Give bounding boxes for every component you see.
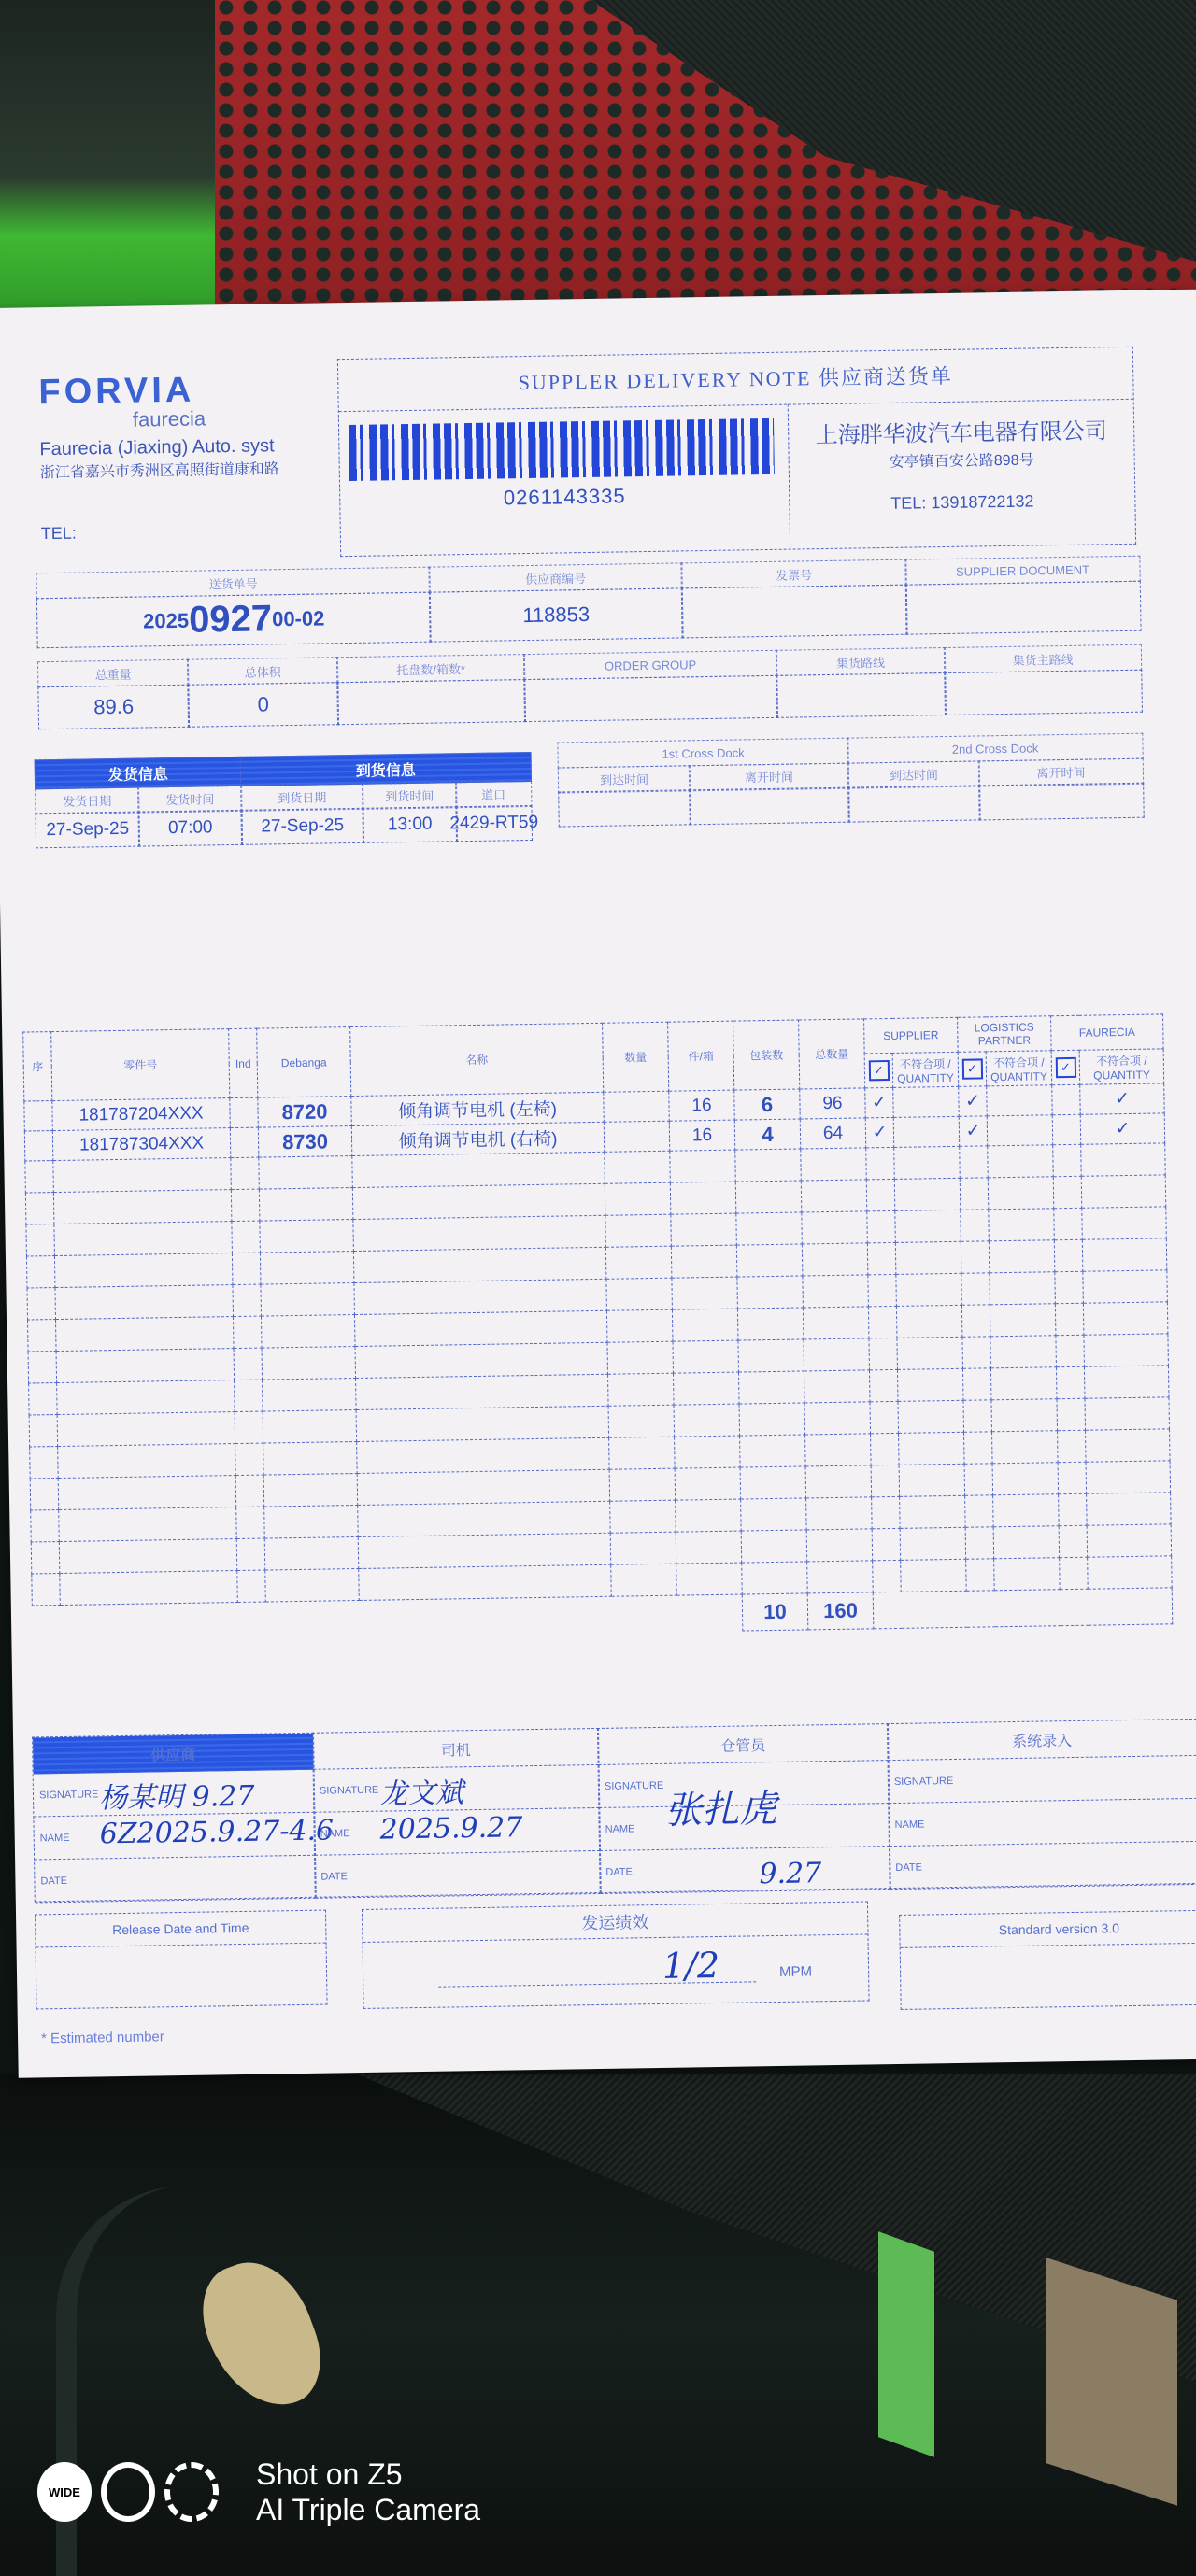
barcode-icon (349, 418, 775, 481)
empty-cell (964, 1464, 993, 1495)
empty-cell (1059, 1525, 1088, 1557)
empty-cell (54, 1253, 233, 1288)
empty-cell (260, 1220, 354, 1253)
empty-cell (740, 1466, 806, 1499)
empty-cell (1055, 1271, 1084, 1303)
empty-cell (1056, 1335, 1085, 1366)
empty-cell (673, 1372, 739, 1405)
empty-cell (894, 1146, 961, 1179)
empty-cell (737, 1308, 804, 1340)
col-part-no-header: 零件号 (51, 1029, 230, 1101)
cd1-departure-value (689, 787, 849, 826)
empty-cell (606, 1278, 673, 1310)
date-label: DATE (605, 1866, 633, 1877)
empty-cell (736, 1244, 803, 1277)
cross-dock-block: 1st Cross Dock 2nd Cross Dock 到达时间 离开时间 … (558, 734, 1143, 827)
faurecia-tick-icon: ✓ (1080, 1113, 1165, 1144)
pallet-count-value (337, 679, 526, 725)
empty-cell (670, 1150, 736, 1182)
signature-label: SIGNATURE (894, 1776, 954, 1788)
items-table: 序 零件号 Ind Debanga 名称 数量 件/箱 包装数 总数量 SUPP… (22, 1013, 1172, 1642)
empty-cell (260, 1252, 354, 1285)
empty-cell (58, 1476, 236, 1510)
standard-version-label: Standard version 3.0 (900, 1911, 1196, 1948)
handwritten-performance: 1/2 (662, 1945, 720, 1987)
empty-cell (868, 1274, 897, 1306)
total-blank (873, 1588, 1173, 1629)
empty-cell (29, 1383, 58, 1415)
empty-cell (265, 1568, 360, 1602)
empty-cell (236, 1538, 265, 1570)
background-object (878, 2231, 934, 2457)
total-volume-label: 总体积 (187, 657, 338, 686)
delivery-no-prefix: 2025 (143, 608, 189, 633)
empty-cell (806, 1529, 873, 1562)
faurecia-check-icon: ✓ (1051, 1050, 1080, 1084)
empty-cell (60, 1571, 238, 1606)
dispatch-date-value: 27-Sep-25 (36, 812, 140, 849)
part-no: 181787304XXX (52, 1128, 230, 1161)
empty-cell (54, 1222, 233, 1256)
empty-cell (56, 1349, 235, 1383)
empty-cell (960, 1146, 989, 1178)
empty-cell (992, 1431, 1059, 1464)
date-label: DATE (320, 1871, 348, 1882)
empty-cell (1086, 1429, 1171, 1462)
invoice-no-value (681, 584, 907, 638)
empty-cell (671, 1245, 737, 1278)
empty-cell (964, 1432, 993, 1464)
total-boxes: 10 (742, 1593, 808, 1631)
boxes: 6 (734, 1089, 800, 1120)
empty-cell (264, 1536, 359, 1570)
empty-cell (871, 1465, 900, 1496)
empty-cell (899, 1464, 965, 1496)
wide-lens-icon: WIDE (37, 2462, 92, 2522)
arrival-time-value: 13:00 (363, 806, 458, 843)
empty-cell (232, 1253, 261, 1284)
date-row: DATE (35, 1856, 316, 1904)
total-weight-value: 89.6 (38, 684, 190, 729)
col-per-box-header: 件/箱 (668, 1021, 734, 1091)
empty-cell (872, 1496, 901, 1528)
empty-cell (353, 1215, 606, 1251)
empty-cell (1083, 1270, 1168, 1303)
empty-cell (357, 1437, 610, 1473)
empty-cell (352, 1183, 605, 1219)
empty-rows (25, 1143, 1172, 1606)
empty-cell (354, 1279, 607, 1314)
empty-cell (966, 1559, 995, 1591)
empty-cell (264, 1505, 359, 1538)
empty-cell (672, 1277, 738, 1309)
name-label: NAME (895, 1819, 925, 1830)
empty-cell (896, 1305, 962, 1338)
header-row-1: 送货单号 供应商编号 发票号 SUPPLIER DOCUMENT 2025092… (36, 557, 1140, 648)
handwritten-signature: 杨某明 9.27 (99, 1773, 255, 1817)
dock-label: 道口 (455, 781, 532, 808)
mpm-unit: MPM (779, 1963, 812, 1980)
empty-cell (1085, 1397, 1170, 1430)
empty-cell (965, 1495, 994, 1527)
empty-cell (988, 1145, 1054, 1178)
empty-cell (28, 1352, 57, 1383)
handwritten-signature: 龙文斌 (379, 1769, 464, 1811)
pallet-count-label: 托盘数/箱数* (336, 654, 525, 683)
empty-cell (965, 1527, 994, 1559)
empty-cell (739, 1403, 805, 1436)
order-group-label: ORDER GROUP (523, 650, 777, 680)
part-name: 倾角调节电机 (左椅) (351, 1092, 604, 1125)
empty-cell (57, 1412, 235, 1447)
shipping-performance-box: 发运绩效 1/2 MPM (362, 1901, 870, 2009)
empty-cell (867, 1210, 896, 1242)
empty-cell (359, 1564, 612, 1600)
empty-cell (259, 1188, 353, 1222)
empty-cell (263, 1379, 357, 1412)
ind (230, 1127, 258, 1157)
empty-cell (26, 1256, 55, 1288)
empty-cell (263, 1441, 358, 1475)
empty-cell (675, 1467, 741, 1500)
arrival-date-value: 27-Sep-25 (241, 808, 364, 845)
col-total-header: 总数量 (799, 1019, 865, 1089)
name-row: NAME2025.9.27 (314, 1808, 600, 1856)
logistics-tick-icon: ✓ (959, 1086, 987, 1116)
invoice-no-label: 发票号 (681, 559, 907, 589)
col-boxes-header: 包装数 (733, 1020, 800, 1090)
logistics-nonconform (987, 1085, 1052, 1116)
empty-cell (962, 1368, 991, 1400)
name-row: NAME (889, 1799, 1196, 1847)
delivery-note-paper: FORVIA faurecia Faurecia (Jiaxing) Auto.… (0, 290, 1196, 2078)
empty-cell (235, 1380, 263, 1411)
total-qty: 160 (807, 1592, 874, 1630)
per-box: 16 (669, 1090, 734, 1121)
name-label: NAME (40, 1832, 70, 1843)
row-index (24, 1101, 52, 1131)
empty-cell (31, 1510, 60, 1542)
name-row: NAME张扎虎 (599, 1804, 890, 1851)
empty-cell (741, 1498, 807, 1531)
empty-cell (989, 1240, 1055, 1273)
empty-cell (961, 1241, 990, 1273)
row-index (24, 1131, 52, 1161)
empty-cell (56, 1317, 235, 1352)
empty-cell (25, 1161, 54, 1193)
empty-cell (356, 1406, 609, 1441)
signature-row: SIGNATURE (889, 1756, 1196, 1804)
release-date-label: Release Date and Time (36, 1911, 326, 1948)
logistics-tick-icon: ✓ (959, 1116, 987, 1146)
empty-cell (735, 1149, 802, 1182)
supplier-document-label: SUPPLIER DOCUMENT (905, 556, 1141, 586)
dock-code: 8730 (258, 1126, 351, 1158)
empty-cell (609, 1468, 676, 1501)
empty-cell (609, 1437, 676, 1469)
empty-cell (1058, 1430, 1087, 1462)
signature-warehouse-title: 仓管员 (598, 1724, 889, 1765)
empty-cell (676, 1499, 742, 1532)
empty-cell (1087, 1493, 1172, 1525)
name-label: NAME (605, 1823, 635, 1834)
empty-cell (57, 1380, 235, 1415)
empty-cell (1055, 1303, 1084, 1335)
supplier-nonconform (893, 1086, 960, 1117)
cd2-departure-label: 离开时间 (978, 757, 1144, 786)
empty-cell (873, 1560, 902, 1592)
empty-cell (1060, 1557, 1089, 1589)
empty-cell (901, 1559, 967, 1592)
empty-cell (235, 1411, 263, 1443)
watermark-text: Shot on Z5 AI Triple Camera (256, 2456, 480, 2527)
empty-cell (1059, 1493, 1088, 1525)
empty-cell (674, 1404, 740, 1437)
milk-run-value (776, 672, 947, 718)
watermark-line2: AI Triple Camera (256, 2492, 480, 2527)
empty-cell (895, 1241, 961, 1274)
empty-cell (994, 1558, 1061, 1591)
dispatch-arrival-block: 发货信息 到货信息 发货日期 发货时间 到货日期 到货时间 道口 27-Sep-… (36, 753, 532, 848)
empty-cell (993, 1494, 1060, 1527)
estimated-number-note: * Estimated number (41, 2029, 164, 2046)
empty-cell (673, 1340, 739, 1373)
empty-cell (59, 1539, 237, 1574)
empty-cell (261, 1283, 355, 1317)
milk-run-label: 集货路线 (776, 647, 946, 676)
empty-cell (30, 1479, 59, 1510)
empty-cell (611, 1564, 677, 1596)
empty-cell (866, 1179, 895, 1210)
empty-cell (236, 1507, 265, 1538)
dispatch-time-value: 07:00 (138, 810, 243, 847)
total: 64 (800, 1118, 865, 1149)
part-name: 倾角调节电机 (右椅) (351, 1122, 604, 1155)
empty-cell (1053, 1144, 1082, 1176)
logistics-nonconform-header: 不符合项 / QUANTITY (986, 1051, 1052, 1086)
signature-row: SIGNATURE杨某明 9.27 (34, 1770, 315, 1818)
col-name-header: 名称 (350, 1023, 604, 1096)
ind (230, 1097, 258, 1127)
col-logistics-group-header: LOGISTICS PARTNER (958, 1016, 1052, 1053)
empty-cell (31, 1542, 60, 1574)
empty-cell (608, 1373, 675, 1406)
empty-cell (1082, 1238, 1167, 1271)
col-supplier-group-header: SUPPLIER (864, 1017, 959, 1054)
delivery-no-main: 0927 (189, 599, 273, 642)
name-row: NAME6Z2025.9.27-4.6 (34, 1813, 315, 1861)
empty-cell (807, 1561, 874, 1593)
empty-cell (607, 1341, 674, 1374)
empty-cell (1057, 1398, 1086, 1430)
empty-cell (990, 1367, 1057, 1400)
empty-cell (898, 1400, 964, 1433)
empty-cell (869, 1338, 898, 1369)
empty-cell (1088, 1556, 1173, 1589)
signature-supplier-title: 供应商 (33, 1734, 314, 1775)
macro-lens-icon (164, 2462, 219, 2522)
total: 96 (800, 1088, 865, 1119)
signature-driver-title: 司机 (313, 1729, 599, 1770)
faurecia-tick-icon: ✓ (1080, 1083, 1165, 1114)
empty-cell (358, 1533, 611, 1568)
empty-cell (1084, 1334, 1169, 1366)
empty-cell (234, 1348, 263, 1380)
title-block: SUPPLER DELIVERY NOTE 供应商送货单 0261143335 … (337, 347, 1136, 557)
empty-cell (237, 1570, 266, 1602)
empty-cell (742, 1562, 808, 1594)
empty-cell (869, 1369, 898, 1401)
dispatch-time-label: 发货时间 (137, 786, 242, 814)
signature-system-entry: 系统录入 SIGNATURE NAME DATE (887, 1719, 1196, 1889)
empty-cell (605, 1182, 671, 1215)
empty-cell (354, 1310, 607, 1346)
empty-cell (675, 1436, 741, 1468)
empty-cell (962, 1337, 991, 1368)
boxes: 4 (734, 1119, 800, 1150)
logistics-check-icon: ✓ (958, 1052, 987, 1086)
empty-cell (263, 1473, 358, 1507)
col-dock-header: Debanga (257, 1027, 351, 1098)
empty-cell (235, 1475, 264, 1507)
signature-system-title: 系统录入 (888, 1720, 1196, 1761)
empty-cell (1082, 1207, 1167, 1239)
empty-cell (802, 1243, 868, 1276)
release-date-box: Release Date and Time (35, 1910, 328, 2010)
signature-supplier: 供应商 SIGNATURE杨某明 9.27 NAME6Z2025.9.27-4.… (32, 1733, 317, 1903)
empty-cell (53, 1158, 232, 1193)
cd2-departure-value (978, 783, 1144, 821)
empty-cell (804, 1370, 870, 1403)
signature-label: SIGNATURE (39, 1789, 99, 1801)
empty-cell (356, 1374, 609, 1409)
empty-cell (803, 1307, 869, 1339)
empty-cell (871, 1433, 900, 1465)
empty-cell (1053, 1176, 1082, 1208)
background-object (1046, 2258, 1177, 2505)
lens-icon (101, 2462, 155, 2522)
date-row: DATE9.27 (600, 1847, 890, 1894)
header-row-2: 总重量 总体积 托盘数/箱数* ORDER GROUP 集货路线 集货主路线 8… (38, 645, 1142, 729)
empty-cell (233, 1284, 262, 1316)
empty-cell (671, 1213, 737, 1246)
empty-cell (1056, 1366, 1085, 1398)
handwritten-name: 张扎虎 (664, 1779, 777, 1834)
col-ind-header: Ind (229, 1028, 258, 1097)
empty-cell (231, 1157, 260, 1189)
order-group-value (524, 675, 778, 722)
wide-badge: WIDE (49, 2485, 80, 2499)
handwritten-name: 6Z2025.9.27-4.6 (99, 1814, 334, 1850)
empty-cell (30, 1447, 59, 1479)
total-weight-label: 总重量 (37, 659, 189, 688)
empty-cell (872, 1528, 901, 1560)
empty-cell (261, 1315, 355, 1349)
name-label: NAME (320, 1828, 350, 1839)
empty-cell (1081, 1175, 1166, 1208)
empty-cell (992, 1463, 1059, 1495)
empty-cell (993, 1526, 1060, 1559)
empty-cell (802, 1211, 868, 1244)
empty-cell (737, 1276, 804, 1309)
signature-label: SIGNATURE (320, 1784, 379, 1796)
empty-cell (960, 1178, 989, 1210)
empty-cell (262, 1347, 356, 1380)
empty-cell (801, 1180, 867, 1212)
empty-cell (804, 1338, 870, 1371)
empty-cell (896, 1273, 962, 1306)
col-index-header: 序 (23, 1032, 52, 1101)
empty-cell (897, 1337, 963, 1369)
empty-cell (900, 1527, 966, 1560)
supplier-check-icon: ✓ (864, 1053, 893, 1087)
supplier-code-label: 供应商编号 (429, 563, 683, 593)
empty-cell (988, 1177, 1054, 1210)
cd2-arrival-value (847, 786, 980, 823)
logistics-nonconform (987, 1115, 1052, 1146)
empty-cell (806, 1497, 873, 1530)
empty-cell (1084, 1366, 1169, 1398)
supplier-tel: TEL: 13918722132 (790, 490, 1134, 516)
empty-cell (961, 1210, 990, 1241)
empty-cell (736, 1212, 803, 1245)
arrival-time-label: 到货时间 (362, 782, 457, 810)
empty-cell (805, 1465, 872, 1498)
handwritten-date: 2025.9.27 (379, 1811, 522, 1846)
faurecia-nonconform-header: 不符合项 / QUANTITY (1079, 1049, 1164, 1084)
empty-cell (738, 1371, 804, 1404)
empty-cell (58, 1444, 236, 1479)
dock-value: 2429-RT59 (456, 805, 533, 842)
empty-cell (735, 1181, 802, 1213)
date-row: DATE (890, 1842, 1196, 1890)
empty-cell (231, 1189, 260, 1221)
empty-cell (32, 1574, 61, 1606)
cd1-arrival-value (558, 790, 691, 828)
empty-cell (26, 1224, 55, 1256)
date-label: DATE (895, 1861, 922, 1873)
empty-cell (740, 1435, 806, 1467)
delivery-no-value: 2025092700-02 (36, 591, 431, 648)
empty-cell (610, 1500, 676, 1533)
empty-cell (59, 1507, 237, 1542)
barcode-number: 0261143335 (340, 482, 789, 514)
empty-cell (989, 1209, 1055, 1241)
dispatch-date-label: 发货日期 (35, 786, 139, 814)
empty-cell (741, 1530, 807, 1563)
empty-cell (676, 1563, 743, 1595)
empty-cell (259, 1156, 353, 1190)
qty (604, 1121, 669, 1152)
supplier-name: 上海胖华波汽车电器有限公司 (789, 412, 1134, 450)
empty-cell (1081, 1143, 1166, 1176)
empty-cell (894, 1178, 961, 1210)
supplier-document-value (905, 580, 1141, 634)
company-logo-block: FORVIA faurecia Faurecia (Jiaxing) Auto.… (38, 368, 320, 482)
empty-cell (676, 1531, 742, 1564)
empty-cell (1058, 1462, 1087, 1493)
empty-cell (1086, 1461, 1171, 1493)
empty-cell (899, 1432, 965, 1465)
watermark-line1: Shot on Z5 (256, 2456, 480, 2492)
empty-cell (805, 1434, 872, 1466)
empty-cell (1087, 1524, 1172, 1557)
empty-cell (963, 1400, 992, 1432)
col-faurecia-group-header: FAURECIA (1051, 1014, 1164, 1051)
signature-row: SIGNATURE龙文斌 (314, 1765, 600, 1813)
arrival-date-label: 到货日期 (240, 784, 363, 812)
empty-cell (990, 1272, 1056, 1305)
